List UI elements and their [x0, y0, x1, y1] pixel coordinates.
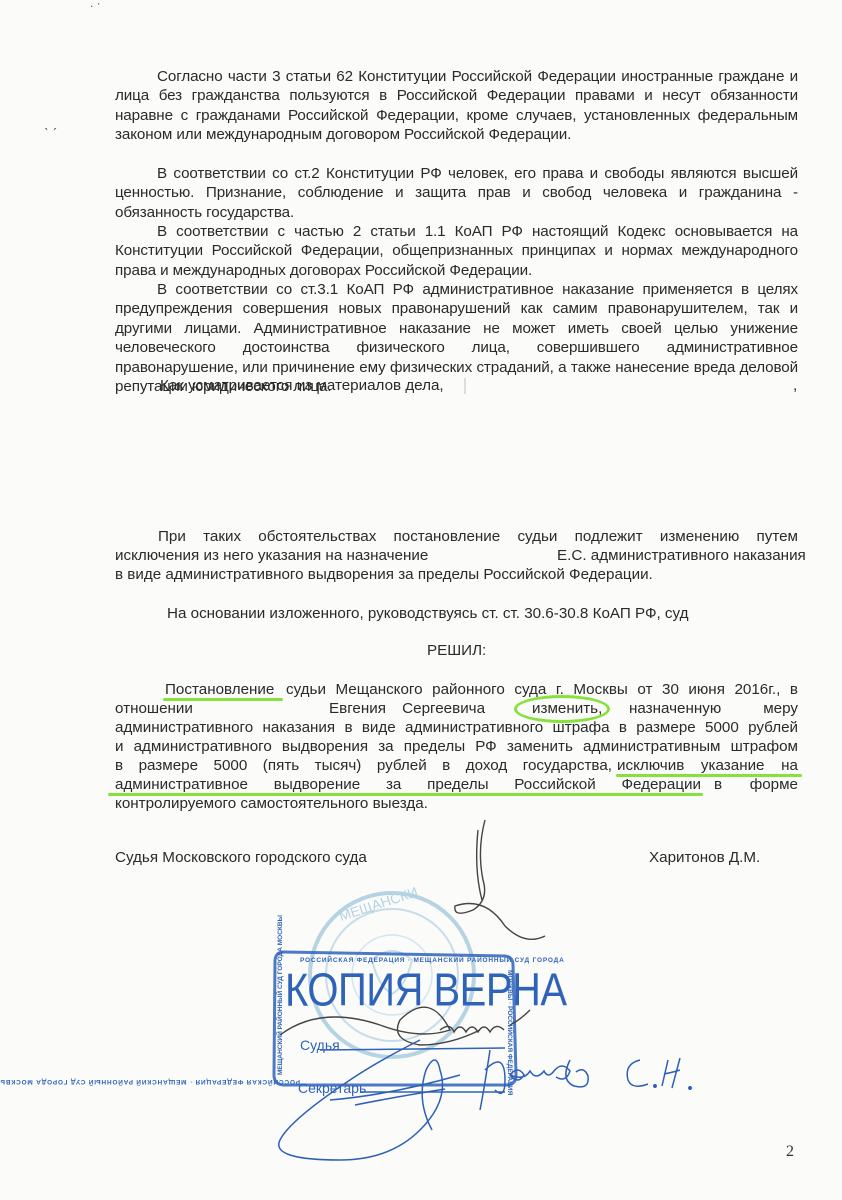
svg-text:РОССИЙСКАЯ ФЕДЕРАЦИЯ · МЕЩАНСК: РОССИЙСКАЯ ФЕДЕРАЦИЯ · МЕЩАНСКИЙ РАЙОННЫ…: [0, 1078, 300, 1087]
document-page: . · ˋ ˊ Согласно части 3 статьи 62 Конст…: [0, 0, 842, 1200]
copy-certified-stamp-text: КОПИЯ ВЕРНА: [285, 965, 567, 1017]
svg-text:МЕЩАНСКИ: МЕЩАНСКИ: [337, 884, 420, 925]
svg-text:МЕЩАНСКИЙ РАЙОННЫЙ СУД ГОРОДА: МЕЩАНСКИЙ РАЙОННЫЙ СУД ГОРОДА МОСКВЫ: [275, 915, 284, 1075]
svg-text:РОССИЙСКАЯ ФЕДЕРАЦИЯ · МЕЩАНСК: РОССИЙСКАЯ ФЕДЕРАЦИЯ · МЕЩАНСКИЙ РАЙОННЫ…: [300, 955, 565, 964]
stamp-and-signatures: МЕЩАНСКИ РОССИЙСКАЯ ФЕДЕРАЦИЯ · МЕЩАНСКИ…: [0, 0, 842, 1200]
page-number: 2: [786, 1143, 794, 1161]
stamp-secretary-label: Секретарь: [298, 1080, 366, 1096]
secretary-signature-icon: [279, 1040, 691, 1160]
stamp-judge-label: Судья: [300, 1037, 340, 1053]
